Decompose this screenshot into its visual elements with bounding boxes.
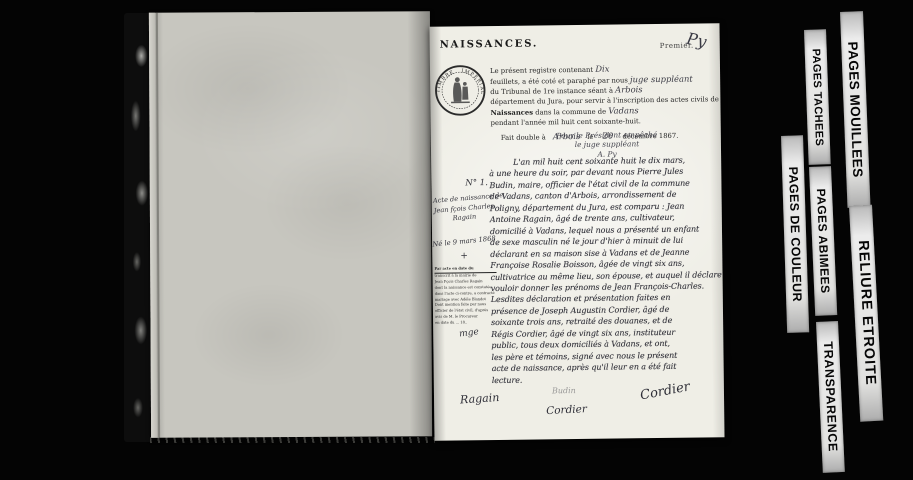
page-title: NAISSANCES. <box>440 38 539 50</box>
condition-label-pages-abimees: PAGES ABIMEES <box>809 166 837 316</box>
printed-text: du Tribunal de 1re instance séant à <box>490 87 613 96</box>
printed-text: Le présent registre contenant <box>490 66 593 75</box>
torn-page-bottom-edge <box>150 437 435 443</box>
book-spine-marbled-edge <box>124 13 152 442</box>
condition-label-text: RELIURE ETROITE <box>855 240 879 386</box>
condition-label-pages-de-couleur: PAGES DE COULEUR <box>781 135 809 333</box>
stamp-figure-icon <box>451 77 470 103</box>
printed-text: pendant l'année mil huit cent soixante-h… <box>491 117 641 127</box>
condition-label-pages-mouillees: PAGES MOUILLEES <box>840 11 871 208</box>
register-first-page: NAISSANCES. Premier. Py TIMBRE IMPERIAL … <box>429 23 724 441</box>
margin-act-title: Acte de naissance de Jean fçois Charles … <box>433 192 495 226</box>
printed-text: département du Jura, pour servir à l'ins… <box>490 95 719 106</box>
hand-filled-value: juge suppléant <box>630 73 693 84</box>
condition-label-text: PAGES TACHEES <box>810 48 825 146</box>
margin-birth-date: Né le 9 mars 1868 <box>432 234 496 248</box>
timbre-imperial-stamp: TIMBRE IMPERIAL <box>432 62 489 119</box>
margin-cross-mark: + <box>460 251 468 261</box>
signature-witness-1: Cordier <box>546 403 587 417</box>
preamble-line: pendant l'année mil huit cent soixante-h… <box>491 116 719 128</box>
signature-father: Ragain <box>460 391 500 407</box>
hand-filled-value: Dix <box>595 64 609 74</box>
margin-act-number: N° 1. <box>465 178 488 188</box>
signature-mayor: Budin <box>552 386 576 395</box>
mention-line: dans l'acte ci-contre, a contracté <box>435 291 497 298</box>
condition-label-text: PAGES ABIMEES <box>814 188 832 294</box>
scanned-register-spread: NAISSANCES. Premier. Py TIMBRE IMPERIAL … <box>0 0 913 480</box>
printed-text: dans la commune de <box>535 107 606 116</box>
condition-label-reliure-etroite: RELIURE ETROITE <box>849 205 883 422</box>
judge-paraph: Py <box>685 29 708 52</box>
hand-filled-value: Vadans <box>608 105 638 115</box>
mention-line: en date du … 18.. <box>435 320 497 327</box>
mention-paraph: mge <box>459 327 480 339</box>
condition-label-pages-tachees: PAGES TACHEES <box>804 29 831 165</box>
marriage-mention-stamp: Par acte en date du transcrit à la mairi… <box>434 266 497 327</box>
condition-label-text: TRANSPARENCE <box>821 341 840 452</box>
hand-filled-value: Arbois <box>615 85 643 95</box>
condition-label-transparence: TRANSPARENCE <box>816 321 845 473</box>
printed-text: feuillets, a été coté et paraphé par nou… <box>490 76 628 86</box>
printed-text-bold: Naissances <box>490 108 533 117</box>
left-blank-page <box>149 11 432 437</box>
condition-label-text: PAGES DE COULEUR <box>786 166 804 302</box>
birth-act-text: L'an mil huit cent soixante huit le dix … <box>489 154 724 386</box>
condition-label-text: PAGES MOUILLEES <box>845 41 865 178</box>
